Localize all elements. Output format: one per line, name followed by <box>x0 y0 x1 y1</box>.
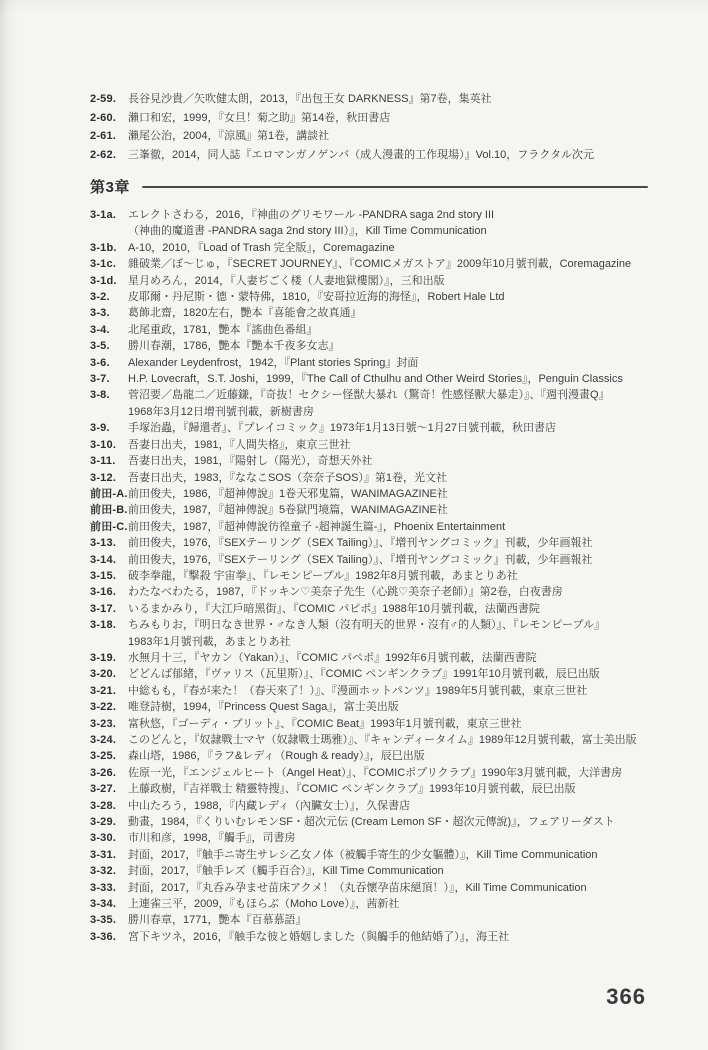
entry-label: 3-7. <box>90 371 128 387</box>
entry-row: 2-59.長谷見沙貴／矢吹健太朗，2013，『出包王女 DARKNESS』第7卷… <box>90 90 668 109</box>
entry-label: 3-16. <box>90 584 128 600</box>
entry-row: 3-5.勝川春潮，1786，艷本『艷本千夜多女志』 <box>90 338 668 354</box>
section-title: 第3章 <box>90 176 130 197</box>
entry-label: 3-12. <box>90 470 128 486</box>
entry-label: 2-61. <box>90 127 128 146</box>
entry-label: 3-8. <box>90 387 128 403</box>
entry-text: （神曲的魔道書 -PANDRA saga 2nd story III）』，Kil… <box>128 223 487 239</box>
entry-text: わたなべわたる，1987，『ドッキン♡美奈子先生（心跳♡美奈子老師）』第2卷，白… <box>128 584 563 600</box>
entry-continuation-row: （神曲的魔道書 -PANDRA saga 2nd story III）』，Kil… <box>90 223 668 239</box>
entry-label: 3-35. <box>90 912 128 928</box>
entry-label: 3-33. <box>90 880 128 896</box>
entry-label: 3-27. <box>90 781 128 797</box>
entry-row: 3-32.封面，2017，『触手レズ（觸手百合）』，Kill Time Comm… <box>90 863 668 879</box>
entry-text: 吾妻日出夫，1983，『ななこSOS（奈奈子SOS）』第1卷，光文社 <box>128 470 447 486</box>
entry-text: 皮耶爾・丹尼斯・德・蒙特佛，1810，『安哥拉近海的海怪』，Robert Hal… <box>128 289 505 305</box>
entry-text: 星月めろん，2014，『人妻ぢごく楼（人妻地獄樓閣）』，三和出版 <box>128 273 445 289</box>
entry-text: 瀨口和宏，1999，『女旦！菊之助』第14卷，秋田書店 <box>128 109 390 128</box>
entry-label: 3-9. <box>90 420 128 436</box>
entry-text: 唯登詩樹，1994，『Princess Quest Saga』，富士美出版 <box>128 699 399 715</box>
entry-label: 3-36. <box>90 929 128 945</box>
entry-label: 3-23. <box>90 716 128 732</box>
entry-text: 破李拳龍，『擊殺 宇宙拳』、『レモンピープル』1982年8月號刊載，あまとりあ社 <box>128 568 518 584</box>
entry-row: 3-1b.A-10，2010，『Load of Trash 完全版』，Corem… <box>90 240 668 256</box>
entry-row: 前田-A.前田俊夫，1986，『超神傳說』1卷天邪鬼篇，WANIMAGAZINE… <box>90 486 668 502</box>
entry-row: 3-12.吾妻日出夫，1983，『ななこSOS（奈奈子SOS）』第1卷，光文社 <box>90 470 668 486</box>
entry-row: 3-18.ちみもりお，『明日なき世界・♂なき人類（沒有明天的世界・沒有♂的人類）… <box>90 617 668 633</box>
entry-label: 3-19. <box>90 650 128 666</box>
entry-row: 前田-B.前田俊夫，1987，『超神傳說』5卷獄門境篇，WANIMAGAZINE… <box>90 502 668 518</box>
entry-text: 封面，2017，『触手ニ寄生サレシ乙女ノ体（被觸手寄生的少女軀體）』，Kill … <box>128 847 598 863</box>
entry-label: 3-21. <box>90 683 128 699</box>
entry-text: A-10，2010，『Load of Trash 完全版』，Coremagazi… <box>128 240 395 256</box>
entry-text: 雜破業／ぼ〜じゅ，『SECRET JOURNEY』、『COMICメガストア』20… <box>128 256 631 272</box>
entry-row: 3-14.前田俊夫，1976，『SEXテーリング（SEX Tailing）』、『… <box>90 552 668 568</box>
entry-text: ちみもりお，『明日なき世界・♂なき人類（沒有明天的世界・沒有♂的人類）』、『レモ… <box>128 617 605 633</box>
entry-label: 2-59. <box>90 90 128 109</box>
entry-text: 勝川春潮，1786，艷本『艷本千夜多女志』 <box>128 338 339 354</box>
entry-text: 勝川春章，1771，艷本『百慕慕語』 <box>128 912 306 928</box>
entry-row: 3-2.皮耶爾・丹尼斯・德・蒙特佛，1810，『安哥拉近海的海怪』，Robert… <box>90 289 668 305</box>
entry-row: 3-31.封面，2017，『触手ニ寄生サレシ乙女ノ体（被觸手寄生的少女軀體）』，… <box>90 847 668 863</box>
entry-text: 中総もも，『春が来た！（春天來了！）』、『漫画ホットパンツ』1989年5月號刊載… <box>128 683 587 699</box>
entry-text: Alexander Leydenfrost，1942，『Plant storie… <box>128 355 418 371</box>
entry-row: 3-26.佐原一光，『エンジェルヒート（Angel Heat）』、『COMICポ… <box>90 765 668 781</box>
book-page: 2-59.長谷見沙貴／矢吹健太朗，2013，『出包王女 DARKNESS』第7卷… <box>0 0 708 1050</box>
entry-row: 3-3.葛飾北齋，1820左右，艷本『喜能會之故真通』 <box>90 305 668 321</box>
entry-text: H.P. Lovecraft，S.T. Joshi，1999，『The Call… <box>128 371 623 387</box>
entry-label: 2-60. <box>90 109 128 128</box>
entry-text: 吾妻日出夫，1981，『人間失格』，東京三世社 <box>128 437 350 453</box>
entry-text: 森山塔，1986，『ラフ&レディ（Rough & ready）』，辰巳出版 <box>128 748 425 764</box>
entry-row: 2-61.瀨尾公治，2004，『涼風』第1卷，講談社 <box>90 127 668 146</box>
entry-row: 3-25.森山塔，1986，『ラフ&レディ（Rough & ready）』，辰巳… <box>90 748 668 764</box>
entry-row: 3-8.菅沼要／島龍二／近藤鎌，『奇抜！セクシー怪獣大暴れ（驚奇！性感怪獸大暴走… <box>90 387 668 403</box>
entry-row: 3-24.このどんと，『奴隷戰士マヤ（奴隷戰士瑪雅）』、『キャンディータイム』1… <box>90 732 668 748</box>
entry-text: 封面，2017，『丸呑み孕ませ苗床アクメ！（丸吞懷孕苗床絕頂！）』，Kill T… <box>128 880 587 896</box>
entry-row: 3-27.上藤政樹，『吉祥戰士 精靈特搜』、『COMIC ペンギンクラブ』199… <box>90 781 668 797</box>
entry-row: 2-62.三峯徹，2014，同人誌『エロマンガノゲンバ（成人漫畫的工作現場）』V… <box>90 146 668 165</box>
entry-text: 中山たろう，1988，『内藏レディ（內臟女士）』，久保書店 <box>128 798 410 814</box>
entry-row: 3-1d.星月めろん，2014，『人妻ぢごく楼（人妻地獄樓閣）』，三和出版 <box>90 273 668 289</box>
entry-row: 3-30.市川和彦，1998，『觸手』，司書房 <box>90 830 668 846</box>
entry-label: 3-11. <box>90 453 128 469</box>
entry-row: 3-35.勝川春章，1771，艷本『百慕慕語』 <box>90 912 668 928</box>
entry-row: 3-29.動畫，1984，『くりいむレモンSF・超次元伝 (Cream Lemo… <box>90 814 668 830</box>
entry-label: 3-15. <box>90 568 128 584</box>
entry-label: 3-5. <box>90 338 128 354</box>
entry-label: 3-3. <box>90 305 128 321</box>
entry-label: 3-20. <box>90 666 128 682</box>
entry-text: 葛飾北齋，1820左右，艷本『喜能會之故真通』 <box>128 305 361 321</box>
entry-text: このどんと，『奴隷戰士マヤ（奴隷戰士瑪雅）』、『キャンディータイム』1989年1… <box>128 732 637 748</box>
entry-text: 富秋悠，『ゴーディ・ブリット』、『COMIC Beat』1993年1月號刊載，東… <box>128 716 522 732</box>
entry-label: 3-1a. <box>90 207 128 223</box>
entry-row: 3-36.宮下キツネ，2016，『触手な彼と婚姻しました（與觸手的他結婚了）』，… <box>90 929 668 945</box>
entry-text: 上藤政樹，『吉祥戰士 精靈特搜』、『COMIC ペンギンクラブ』1993年10月… <box>128 781 576 797</box>
entry-row: 3-7.H.P. Lovecraft，S.T. Joshi，1999，『The … <box>90 371 668 387</box>
entry-label: 前田-A. <box>90 486 128 502</box>
entry-label: 3-10. <box>90 437 128 453</box>
entry-label: 3-32. <box>90 863 128 879</box>
entry-text: 上連雀三平，2009，『もほらぶ（Moho Love）』，茜新社 <box>128 896 399 912</box>
entry-row: 3-1a.エレクトさわる，2016，『神曲のグリモワール -PANDRA sag… <box>90 207 668 223</box>
entry-text: 手塚治蟲，『歸還者』、『プレイコミック』1973年1月13日號〜1月27日號刊載… <box>128 420 556 436</box>
entry-label: 3-13. <box>90 535 128 551</box>
entry-row: 3-28.中山たろう，1988，『内藏レディ（內臟女士）』，久保書店 <box>90 798 668 814</box>
entry-row: 3-15.破李拳龍，『擊殺 宇宙拳』、『レモンピープル』1982年8月號刊載，あ… <box>90 568 668 584</box>
entry-text: 前田俊夫，1976，『SEXテーリング（SEX Tailing）』、『增刊ヤング… <box>128 552 593 568</box>
entry-label: 3-17. <box>90 601 128 617</box>
entry-label: 前田-B. <box>90 502 128 518</box>
entry-text: 1983年1月號刊載，あまとりあ社 <box>128 634 291 650</box>
entry-label: 3-2. <box>90 289 128 305</box>
entry-row: 3-33.封面，2017，『丸呑み孕ませ苗床アクメ！（丸吞懷孕苗床絕頂！）』，K… <box>90 880 668 896</box>
chapter3-entry-list: 3-1a.エレクトさわる，2016，『神曲のグリモワール -PANDRA sag… <box>90 207 668 945</box>
entry-row: 3-13.前田俊夫，1976，『SEXテーリング（SEX Tailing）』、『… <box>90 535 668 551</box>
entry-label: 2-62. <box>90 146 128 165</box>
entry-label: 3-14. <box>90 552 128 568</box>
entry-label: 3-1c. <box>90 256 128 272</box>
entry-text: 水無月十三，『ヤカン（Yakan）』、『COMIC パペポ』1992年6月號刊載… <box>128 650 537 666</box>
entry-text: 三峯徹，2014，同人誌『エロマンガノゲンバ（成人漫畫的工作現場）』Vol.10… <box>128 146 594 165</box>
entry-row: 3-22.唯登詩樹，1994，『Princess Quest Saga』，富士美… <box>90 699 668 715</box>
entry-text: 市川和彦，1998，『觸手』，司書房 <box>128 830 295 846</box>
entry-text: 北尾重政，1781，艷本『謠曲色番組』 <box>128 322 317 338</box>
entry-label: 3-29. <box>90 814 128 830</box>
section-rule-line <box>142 186 648 188</box>
entry-label: 前田-C. <box>90 519 128 535</box>
entry-row: 3-9.手塚治蟲，『歸還者』、『プレイコミック』1973年1月13日號〜1月27… <box>90 420 668 436</box>
entry-row: 3-4.北尾重政，1781，艷本『謠曲色番組』 <box>90 322 668 338</box>
entry-row: 3-19.水無月十三，『ヤカン（Yakan）』、『COMIC パペポ』1992年… <box>90 650 668 666</box>
entry-row: 3-23.富秋悠，『ゴーディ・ブリット』、『COMIC Beat』1993年1月… <box>90 716 668 732</box>
entry-row: 3-17.いるまかみり，『大江戶暗黑街』、『COMIC パピポ』1988年10月… <box>90 601 668 617</box>
entry-text: 吾妻日出夫，1981，『陽射し（陽光），奇想天外社 <box>128 453 372 469</box>
entry-label: 3-1b. <box>90 240 128 256</box>
chapter3-section-header: 第3章 <box>90 176 648 197</box>
entry-text: 1968年3月12日增刊號刊載，新樹書房 <box>128 404 314 420</box>
entry-text: 佐原一光，『エンジェルヒート（Angel Heat）』、『COMICポプリクラブ… <box>128 765 622 781</box>
entry-label: 3-1d. <box>90 273 128 289</box>
entry-row: 2-60.瀨口和宏，1999，『女旦！菊之助』第14卷，秋田書店 <box>90 109 668 128</box>
entry-text: 動畫，1984，『くりいむレモンSF・超次元伝 (Cream Lemon SF・… <box>128 814 615 830</box>
page-number: 366 <box>606 984 646 1010</box>
entry-continuation-row: 1983年1月號刊載，あまとりあ社 <box>90 634 668 650</box>
entry-label: 3-31. <box>90 847 128 863</box>
entry-label: 3-22. <box>90 699 128 715</box>
entry-row: 3-34.上連雀三平，2009，『もほらぶ（Moho Love）』，茜新社 <box>90 896 668 912</box>
entry-text: 前田俊夫，1986，『超神傳說』1卷天邪鬼篇，WANIMAGAZINE社 <box>128 486 448 502</box>
entry-label: 3-26. <box>90 765 128 781</box>
entry-row: 3-1c.雜破業／ぼ〜じゅ，『SECRET JOURNEY』、『COMICメガス… <box>90 256 668 272</box>
entry-label: 3-6. <box>90 355 128 371</box>
entry-label: 3-25. <box>90 748 128 764</box>
entry-text: 菅沼要／島龍二／近藤鎌，『奇抜！セクシー怪獣大暴れ（驚奇！性感怪獸大暴走）』、『… <box>128 387 610 403</box>
entry-row: 3-11.吾妻日出夫，1981，『陽射し（陽光），奇想天外社 <box>90 453 668 469</box>
entry-text: 瀨尾公治，2004，『涼風』第1卷，講談社 <box>128 127 329 146</box>
entry-row: 3-21.中総もも，『春が来た！（春天來了！）』、『漫画ホットパンツ』1989年… <box>90 683 668 699</box>
entry-label: 3-34. <box>90 896 128 912</box>
entry-label: 3-30. <box>90 830 128 846</box>
entry-row: 前田-C.前田俊夫，1987，『超神傳說彷徨童子 -超神誕生篇-』，Phoeni… <box>90 519 668 535</box>
entry-text: 前田俊夫，1976，『SEXテーリング（SEX Tailing）』、『增刊ヤング… <box>128 535 593 551</box>
entry-text: 宮下キツネ，2016，『触手な彼と婚姻しました（與觸手的他結婚了）』，海王社 <box>128 929 509 945</box>
entry-text: 前田俊夫，1987，『超神傳說』5卷獄門境篇，WANIMAGAZINE社 <box>128 502 448 518</box>
entry-text: 長谷見沙貴／矢吹健太朗，2013，『出包王女 DARKNESS』第7卷，集英社 <box>128 90 492 109</box>
entry-continuation-row: 1968年3月12日增刊號刊載，新樹書房 <box>90 404 668 420</box>
entry-row: 3-6.Alexander Leydenfrost，1942，『Plant st… <box>90 355 668 371</box>
entry-label: 3-4. <box>90 322 128 338</box>
entry-label: 3-24. <box>90 732 128 748</box>
entry-row: 3-20.どどんば郁緒，『ヴァリス（瓦里斯）』、『COMIC ペンギンクラブ』1… <box>90 666 668 682</box>
entry-row: 3-10.吾妻日出夫，1981，『人間失格』，東京三世社 <box>90 437 668 453</box>
chapter2-entry-list: 2-59.長谷見沙貴／矢吹健太朗，2013，『出包王女 DARKNESS』第7卷… <box>90 90 668 164</box>
entry-text: エレクトさわる，2016，『神曲のグリモワール -PANDRA saga 2nd… <box>128 207 494 223</box>
entry-label: 3-28. <box>90 798 128 814</box>
entry-text: いるまかみり，『大江戶暗黑街』、『COMIC パピポ』1988年10月號刊載，法… <box>128 601 540 617</box>
entry-text: 封面，2017，『触手レズ（觸手百合）』，Kill Time Communica… <box>128 863 444 879</box>
entry-text: 前田俊夫，1987，『超神傳說彷徨童子 -超神誕生篇-』，Phoenix Ent… <box>128 519 505 535</box>
entry-label: 3-18. <box>90 617 128 633</box>
entry-row: 3-16.わたなべわたる，1987，『ドッキン♡美奈子先生（心跳♡美奈子老師）』… <box>90 584 668 600</box>
entry-text: どどんば郁緒，『ヴァリス（瓦里斯）』、『COMIC ペンギンクラブ』1991年1… <box>128 666 600 682</box>
